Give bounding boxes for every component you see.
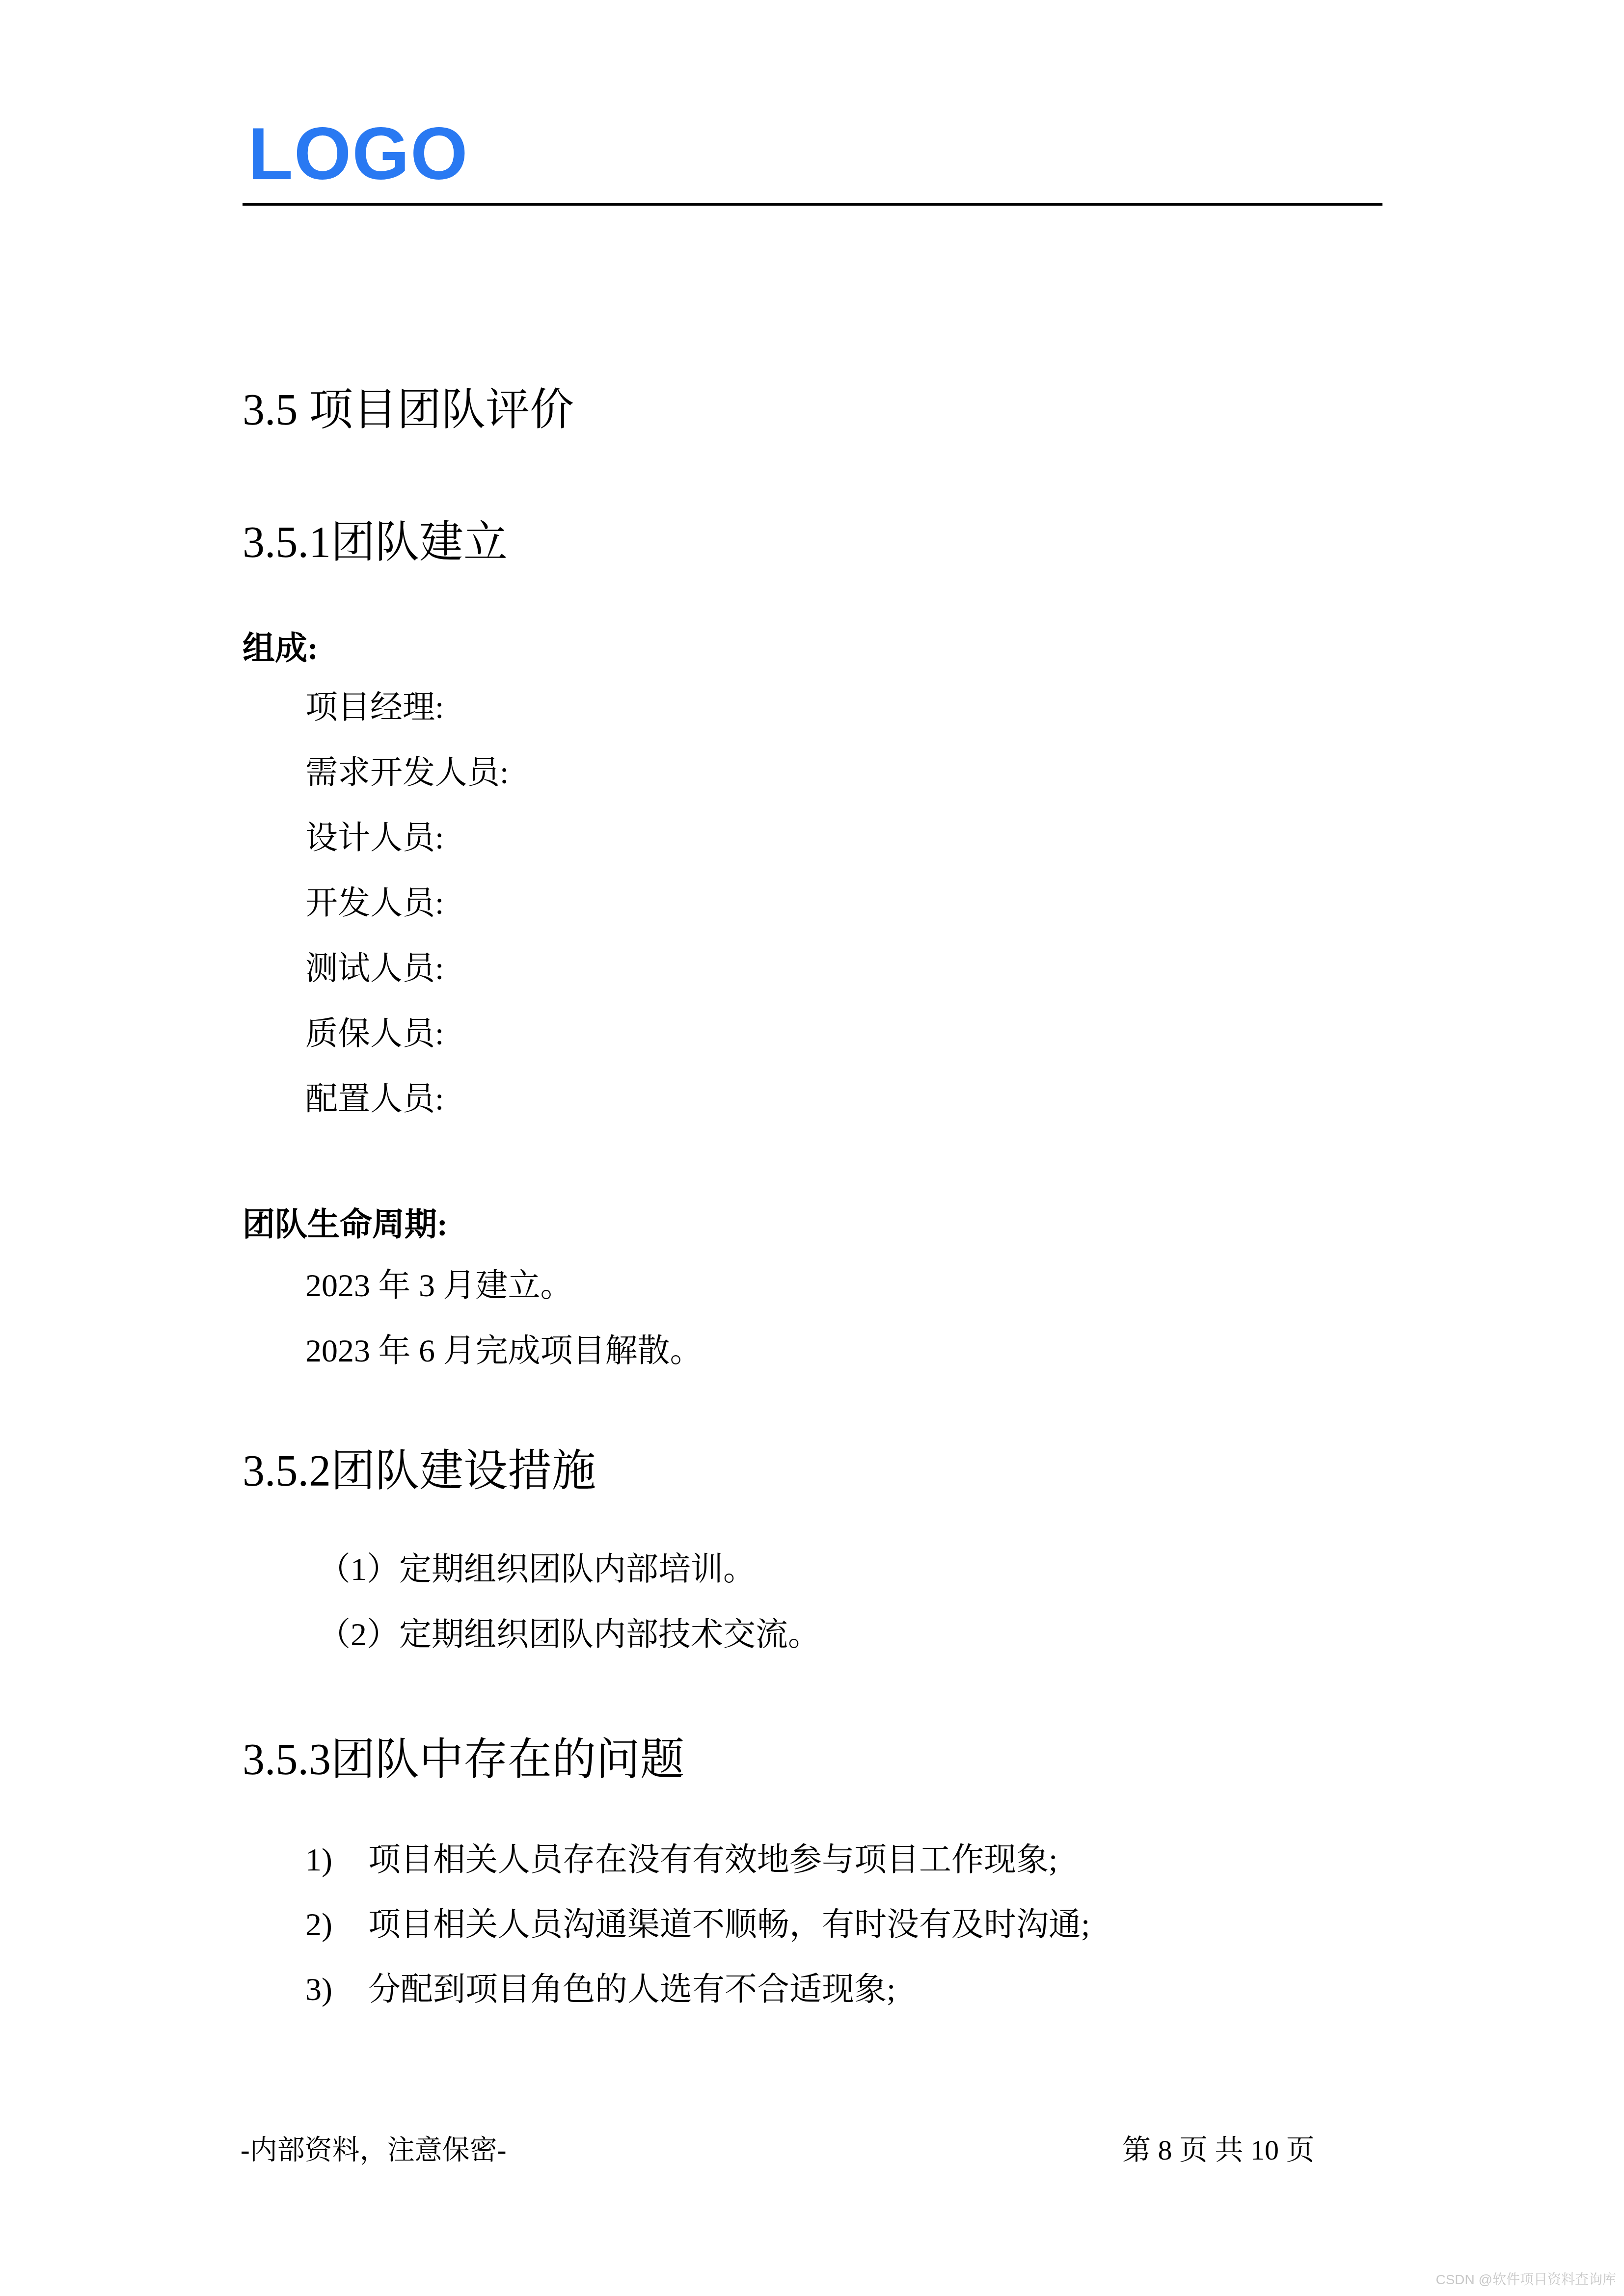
team-lifecycle-label: 团队生命周期: (243, 1205, 448, 1244)
document-page: LOGO 3.5 项目团队评价 3.5.1团队建立 组成: 项目经理: 需求开发… (0, 0, 1624, 2296)
header-divider (243, 203, 1382, 206)
lifecycle-item-established: 2023 年 3 月建立。 (305, 1266, 573, 1305)
footer-confidentiality-note: -内部资料，注意保密- (241, 2134, 506, 2167)
csdn-watermark: CSDN @软件项目资料查询库 (1435, 2271, 1616, 2288)
problem-text: 项目相关人员沟通渠道不顺畅，有时没有及时沟通; (368, 1907, 1090, 1943)
problem-item-2: 2)项目相关人员沟通渠道不顺畅，有时没有及时沟通; (305, 1905, 1090, 1944)
lifecycle-item-disbanded: 2023 年 6 月完成项目解散。 (305, 1332, 703, 1370)
footer-page-number: 第 8 页 共 10 页 (1122, 2133, 1315, 2167)
problem-item-3: 3)分配到项目角色的人选有不合适现象; (305, 1970, 895, 2009)
problem-number: 1) (305, 1841, 368, 1879)
list-item-project-manager: 项目经理: (305, 688, 444, 727)
measure-item-2: （2）定期组织团队内部技术交流。 (318, 1615, 820, 1654)
problem-text: 项目相关人员存在没有有效地参与项目工作现象; (368, 1842, 1057, 1878)
list-item-qa-staff: 质保人员: (305, 1015, 444, 1053)
problem-text: 分配到项目角色的人选有不合适现象; (368, 1972, 895, 2007)
heading-3-5-3-team-problems: 3.5.3团队中存在的问题 (243, 1735, 684, 1784)
measure-item-1: （1）定期组织团队内部培训。 (318, 1550, 756, 1589)
list-item-configuration-staff: 配置人员: (305, 1080, 444, 1119)
company-logo: LOGO (248, 117, 469, 190)
list-item-designers: 设计人员: (305, 819, 444, 857)
list-item-requirements-developers: 需求开发人员: (305, 753, 509, 792)
problem-number: 2) (305, 1905, 368, 1944)
problem-item-1: 1)项目相关人员存在没有有效地参与项目工作现象; (305, 1841, 1057, 1879)
list-item-testers: 测试人员: (305, 949, 444, 988)
list-item-developers: 开发人员: (305, 884, 444, 923)
heading-3-5-1-team-establishment: 3.5.1团队建立 (243, 518, 508, 567)
heading-3-5-project-team-evaluation: 3.5 项目团队评价 (243, 386, 574, 434)
heading-3-5-2-team-building-measures: 3.5.2团队建设措施 (243, 1447, 596, 1495)
problem-number: 3) (305, 1970, 368, 2009)
composition-label: 组成: (243, 629, 318, 668)
